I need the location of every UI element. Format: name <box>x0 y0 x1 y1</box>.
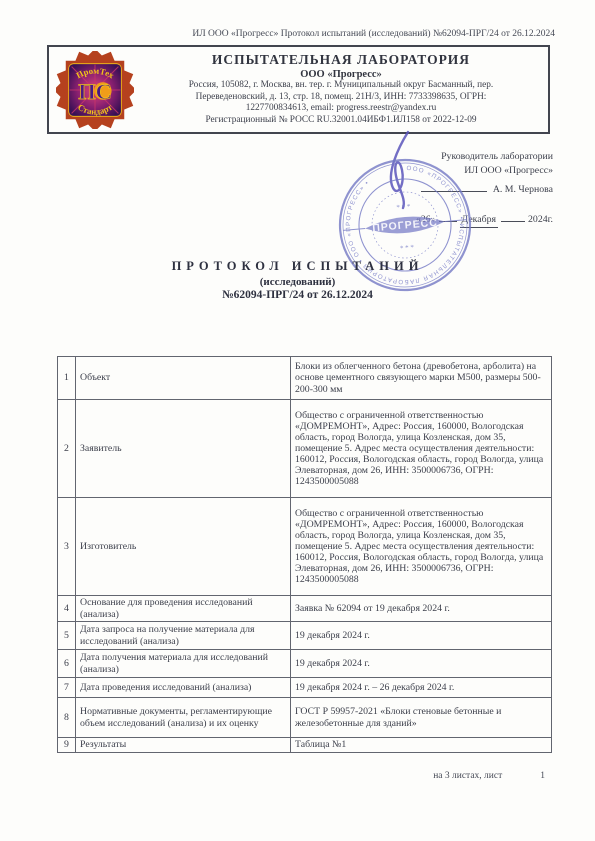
approval-month: Декабря <box>460 213 499 228</box>
row-label-cell: Дата запроса на получение материала для … <box>76 622 291 650</box>
document-reference-header: ИЛ ООО «Прогресс» Протокол испытаний (ис… <box>192 29 555 39</box>
table-row: 3 Изготовитель Общество с ограниченной о… <box>58 498 552 596</box>
approver-role-line1: Руководитель лаборатории <box>416 150 553 164</box>
protocol-title: ПРОТОКОЛ ИСПЫТАНИЙ <box>0 259 595 274</box>
table-row: 9 Результаты Таблица №1 <box>58 738 552 753</box>
row-label-cell: Объект <box>76 357 291 400</box>
row-value-cell: Общество с ограниченной ответственностью… <box>291 498 552 596</box>
sheets-label: на 3 листах, лист <box>433 771 502 781</box>
approver-name: А. М. Чернова <box>493 184 553 195</box>
row-value-cell: 19 декабря 2024 г. – 26 декабря 2024 г. <box>291 678 552 698</box>
laboratory-address-line3: 1227700834613, email: progress.reestr@ya… <box>140 103 542 114</box>
protocol-title-block: ПРОТОКОЛ ИСПЫТАНИЙ (исследований) №62094… <box>0 259 595 301</box>
letterhead-text: ИСПЫТАТЕЛЬНАЯ ЛАБОРАТОРИЯ ООО «Прогресс»… <box>134 52 548 126</box>
row-value-cell: 19 декабря 2024 г. <box>291 650 552 678</box>
row-label-cell: Изготовитель <box>76 498 291 596</box>
page-number: 1 <box>540 771 545 781</box>
page-footer: на 3 листах, лист1 <box>433 771 545 781</box>
letterhead-box: ПС ПромТех Стандарт ИСПЫТАТЕЛЬНАЯ ЛАБОРА… <box>47 45 550 134</box>
laboratory-org: ООО «Прогресс» <box>140 69 542 80</box>
row-number-cell: 7 <box>58 678 76 698</box>
row-label-cell: Дата проведения исследований (анализа) <box>76 678 291 698</box>
laboratory-address-line2: Переведеновский, д. 13, стр. 18, помещ. … <box>140 92 542 103</box>
row-value-cell: Заявка № 62094 от 19 декабря 2024 г. <box>291 596 552 622</box>
row-value-cell: Блоки из облегченного бетона (древобетон… <box>291 357 552 400</box>
svg-text:* * *: * * * <box>396 202 411 211</box>
table-row: 1 Объект Блоки из облегченного бетона (д… <box>58 357 552 400</box>
document-page: ИЛ ООО «Прогресс» Протокол испытаний (ис… <box>0 0 595 841</box>
row-label-cell: Основание для проведения исследований (а… <box>76 596 291 622</box>
signature-underline <box>421 181 487 192</box>
logo-monogram: ПС <box>78 78 112 103</box>
row-number-cell: 4 <box>58 596 76 622</box>
protocol-subtitle: (исследований) <box>0 276 595 288</box>
row-number-cell: 9 <box>58 738 76 753</box>
signature-line: А. М. Чернова <box>416 181 553 197</box>
laboratory-title: ИСПЫТАТЕЛЬНАЯ ЛАБОРАТОРИЯ <box>140 52 542 68</box>
approval-block: Руководитель лаборатории ИЛ ООО «Прогрес… <box>416 150 553 228</box>
protocol-number: №62094-ПРГ/24 от 26.12.2024 <box>0 289 595 301</box>
promtech-standart-logo-icon: ПС ПромТех Стандарт <box>56 51 134 129</box>
row-label-cell: Дата получения материала для исследовани… <box>76 650 291 678</box>
table-row: 6 Дата получения материала для исследова… <box>58 650 552 678</box>
row-label-cell: Нормативные документы, регламентирующие … <box>76 698 291 738</box>
svg-text:* * *: * * * <box>400 243 415 252</box>
row-value-cell: ГОСТ Р 59957-2021 «Блоки стеновые бетонн… <box>291 698 552 738</box>
row-value-cell: 19 декабря 2024 г. <box>291 622 552 650</box>
row-number-cell: 1 <box>58 357 76 400</box>
approval-year: 2024г. <box>528 214 553 225</box>
table-row: 7 Дата проведения исследований (анализа)… <box>58 678 552 698</box>
laboratory-registration: Регистрационный № РОСС RU.32001.04ИБФ1.И… <box>140 114 542 126</box>
row-value-cell: Таблица №1 <box>291 738 552 753</box>
laboratory-address-line1: Россия, 105082, г. Москва, вн. тер. г. М… <box>140 80 542 91</box>
approval-day: «26» <box>416 214 436 225</box>
row-number-cell: 5 <box>58 622 76 650</box>
table-row: 2 Заявитель Общество с ограниченной отве… <box>58 400 552 498</box>
row-value-cell: Общество с ограниченной ответственностью… <box>291 400 552 498</box>
table-row: 5 Дата запроса на получение материала дл… <box>58 622 552 650</box>
table-row: 4 Основание для проведения исследований … <box>58 596 552 622</box>
row-label-cell: Результаты <box>76 738 291 753</box>
row-number-cell: 6 <box>58 650 76 678</box>
table-row: 8 Нормативные документы, регламентирующи… <box>58 698 552 738</box>
row-number-cell: 2 <box>58 400 76 498</box>
row-number-cell: 3 <box>58 498 76 596</box>
row-label-cell: Заявитель <box>76 400 291 498</box>
approver-role-line2: ИЛ ООО «Прогресс» <box>416 164 553 178</box>
row-number-cell: 8 <box>58 698 76 738</box>
protocol-table: 1 Объект Блоки из облегченного бетона (д… <box>57 356 552 753</box>
approval-date-line: «26»Декабря2024г. <box>416 211 553 228</box>
